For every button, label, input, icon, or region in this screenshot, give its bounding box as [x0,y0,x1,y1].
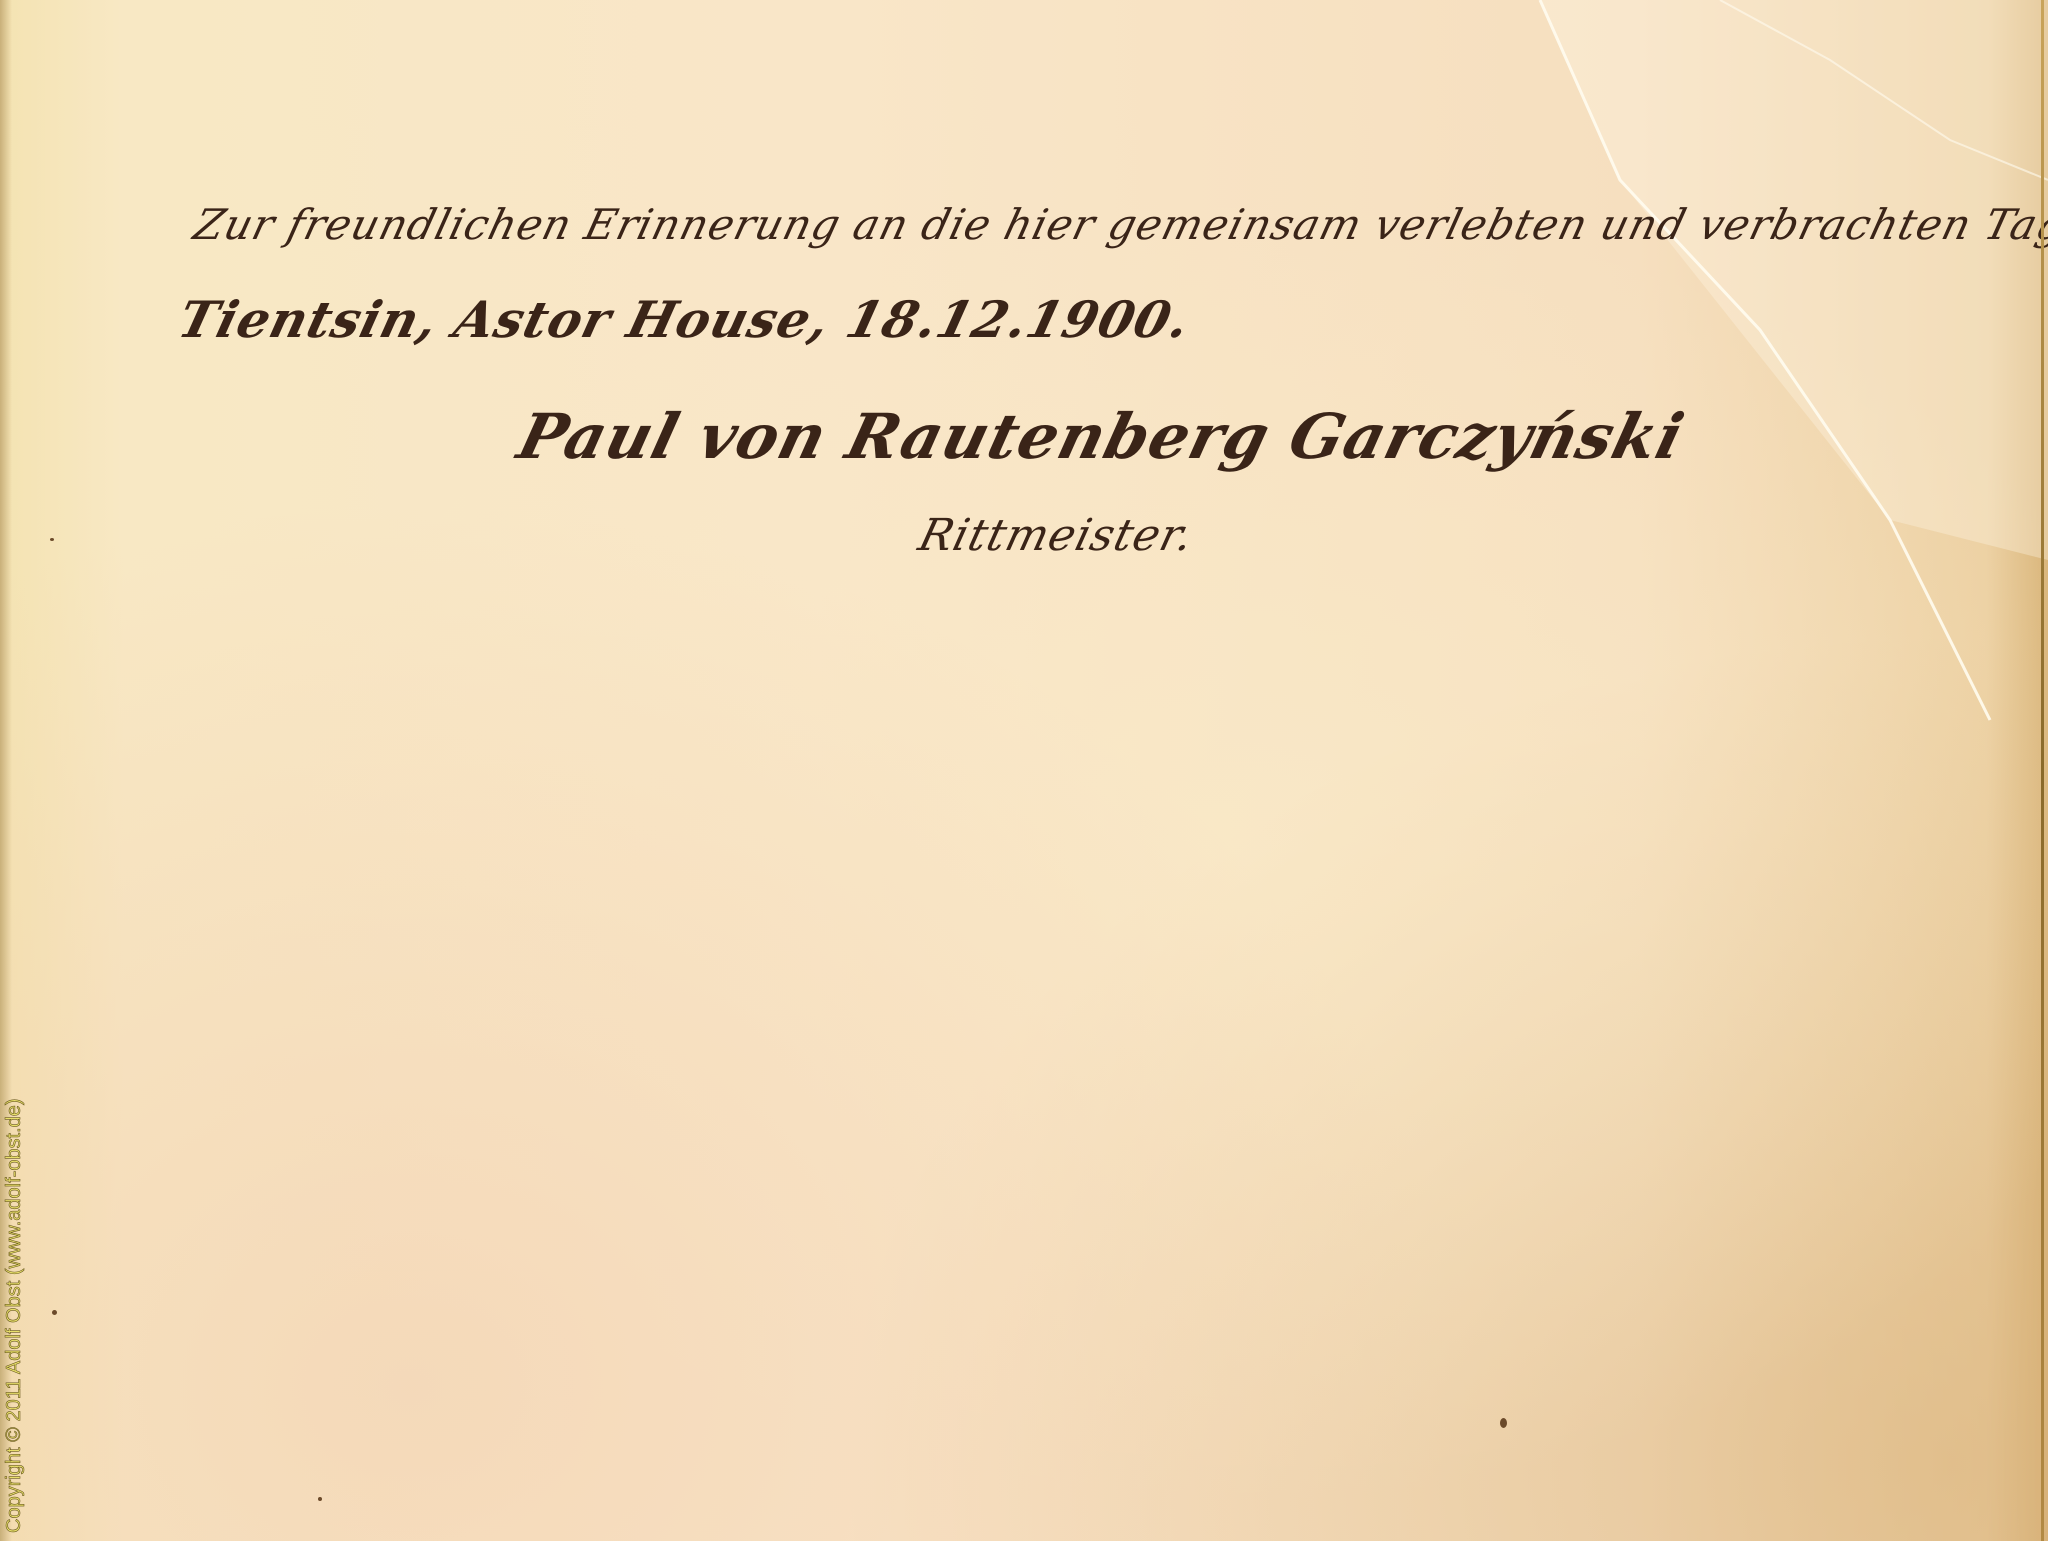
ink-spot [1500,1418,1507,1428]
album-page: Zur freundlichen Erinnerung an die hier … [0,0,2048,1541]
ink-spot [318,1497,322,1501]
inscription-place-date: Tientsin, Astor House, 18.12.1900. [173,290,1197,349]
inscription-line-1: Zur freundlichen Erinnerung an die hier … [189,200,2048,249]
page-edge [2041,0,2044,1541]
copyright-watermark: Copyright © 2011 Adolf Obst (www.adolf-o… [3,1098,26,1533]
ink-spot [50,538,54,541]
signatory-rank: Rittmeister. [914,510,1200,561]
signature: Paul von Rautenberg Garczyński [511,400,1692,473]
ink-spot [52,1310,57,1315]
